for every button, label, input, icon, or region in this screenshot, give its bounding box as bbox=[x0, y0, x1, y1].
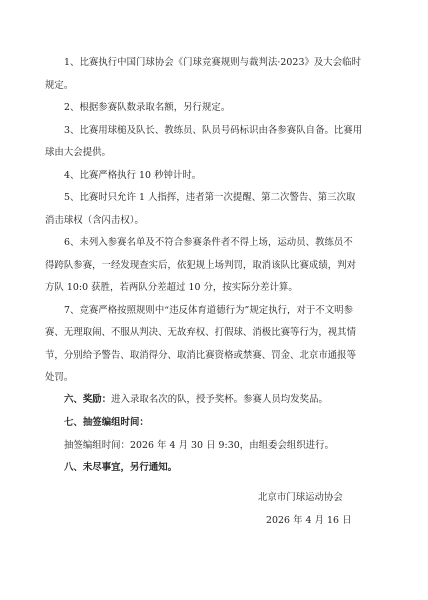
rule-5-line-1: 5、比赛时只允许 1 人指挥，违者第一次提醒、第二次警告、第三次取 bbox=[64, 191, 394, 205]
section-awards-heading: 六、奖励： bbox=[64, 394, 111, 405]
signature-organization: 北京市门球运动协会 bbox=[258, 491, 428, 505]
section-draw-text: 抽签编组时间：2026 年 4 月 30 日 9:30，由组委会组织进行。 bbox=[64, 439, 394, 453]
rule-7-line-4: 处罚。 bbox=[45, 371, 375, 385]
rule-7-line-2: 赛、无理取闹、不服从判决、无故弃权、打假球、消极比赛等行为，视其情 bbox=[45, 326, 375, 340]
rule-7-line-3: 节，分别给予警告、取消得分、取消比赛资格或禁赛、罚金、北京市通报等 bbox=[45, 349, 375, 363]
rule-2-line-1: 2、根据参赛队数录取名额，另行规定。 bbox=[64, 101, 394, 115]
rule-1-line-1: 1、比赛执行中国门球协会《门球竞赛规则与裁判法·2023》及大会临时 bbox=[64, 56, 394, 70]
rule-1-line-2: 规定。 bbox=[45, 79, 375, 93]
section-draw-heading: 七、抽签编组时间： bbox=[64, 416, 394, 430]
section-misc-heading: 八、未尽事宜，另行通知。 bbox=[64, 461, 394, 475]
rule-3-line-1: 3、比赛用球槌及队长、教练员、队员号码标识由各参赛队自备。比赛用 bbox=[64, 124, 394, 138]
section-awards-text: 进入录取名次的队，授予奖杯。参赛人员均发奖品。 bbox=[111, 394, 328, 405]
signature-date: 2026 年 4 月 16 日 bbox=[266, 514, 428, 528]
rule-4-line-1: 4、比赛严格执行 10 秒钟计时。 bbox=[64, 169, 394, 183]
document-page: 1、比赛执行中国门球协会《门球竞赛规则与裁判法·2023》及大会临时 规定。 2… bbox=[0, 0, 428, 600]
rule-5-line-2: 消击球权（含闪击权）。 bbox=[45, 214, 375, 228]
rule-6-line-2: 得跨队参赛，一经发现查实后，依犯规上场判罚，取消该队比赛成绩，判对 bbox=[45, 259, 375, 273]
rule-6-line-3: 方队 10:0 获胜，若两队分差超过 10 分，按实际分差计算。 bbox=[45, 281, 375, 295]
rule-6-line-1: 6、未列入参赛名单及不符合参赛条件者不得上场，运动员、教练员不 bbox=[64, 236, 394, 250]
rule-7-line-1: 7、竞赛严格按照规则中“违反体育道德行为”规定执行，对于不文明参 bbox=[64, 304, 394, 318]
rule-3-line-2: 球由大会提供。 bbox=[45, 146, 375, 160]
section-awards: 六、奖励：进入录取名次的队，授予奖杯。参赛人员均发奖品。 bbox=[64, 393, 394, 407]
